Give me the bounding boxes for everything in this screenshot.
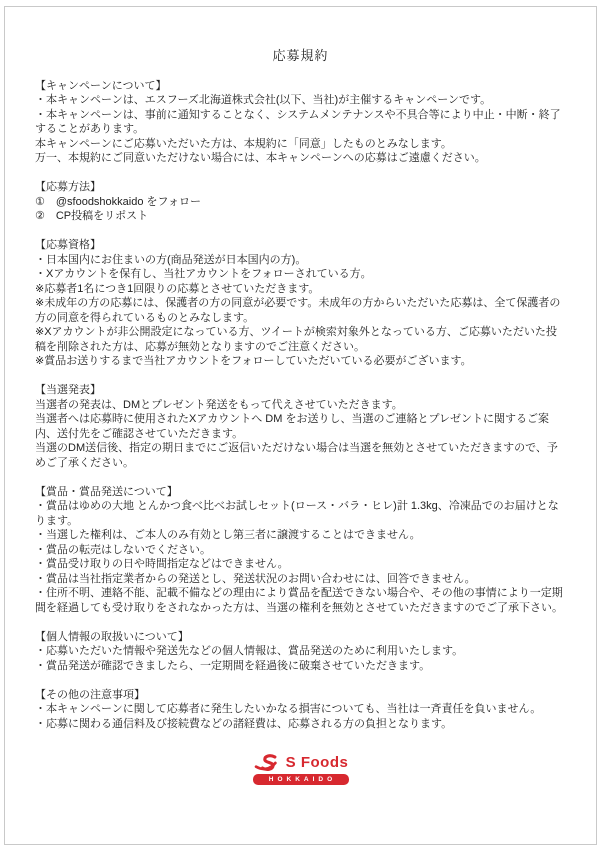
terms-line: 当選のDM送信後、指定の期日までにご返信いただけない場合は当選を無効とさせていた… <box>35 441 566 470</box>
sfoods-s-swoosh-icon <box>253 752 283 774</box>
terms-line: ② CP投稿をリポスト <box>35 209 566 224</box>
page-title: 応募規約 <box>35 47 566 64</box>
sfoods-logo: S Foods HOKKAIDO <box>35 752 566 785</box>
terms-line: ・当選した権利は、ご本人のみ有効とし第三者に譲渡することはできません。 <box>35 528 566 543</box>
terms-line: 万一、本規約にご同意いただけない場合には、本キャンペーンへの応募はご遠慮ください… <box>35 151 566 166</box>
section-heading: 【応募方法】 <box>35 180 566 195</box>
terms-line: ・賞品発送が確認できましたら、一定期間を経過後に破棄させていただきます。 <box>35 659 566 674</box>
terms-section: 【応募資格】・日本国内にお住まいの方(商品発送が日本国内の方)。・Xアカウントを… <box>35 238 566 369</box>
section-heading: 【賞品・賞品発送について】 <box>35 485 566 500</box>
terms-line: 本キャンペーンにご応募いただいた方は、本規約に「同意」したものとみなします。 <box>35 137 566 152</box>
terms-line: ・日本国内にお住まいの方(商品発送が日本国内の方)。 <box>35 253 566 268</box>
terms-line: ・賞品の転売はしないでください。 <box>35 543 566 558</box>
terms-line: ・応募に関わる通信料及び接続費などの諸経費は、応募される方の負担となります。 <box>35 717 566 732</box>
terms-line: ・賞品受け取りの日や時間指定などはできません。 <box>35 557 566 572</box>
sfoods-logo-top: S Foods <box>253 752 349 773</box>
terms-section: 【応募方法】① @sfoodshokkaido をフォロー② CP投稿をリポスト <box>35 180 566 224</box>
terms-page: 応募規約 【キャンペーンについて】・本キャンペーンは、エスフーズ北海道株式会社(… <box>0 0 601 851</box>
terms-line: ① @sfoodshokkaido をフォロー <box>35 195 566 210</box>
terms-line: ※賞品お送りするまで当社アカウントをフォローしていただいている必要がございます。 <box>35 354 566 369</box>
terms-line: 当選者へは応募時に使用されたXアカウントへ DM をお送りし、当選のご連絡とプレ… <box>35 412 566 441</box>
terms-line: ※応募者1名につき1回限りの応募とさせていただきます。 <box>35 282 566 297</box>
section-heading: 【その他の注意事項】 <box>35 688 566 703</box>
terms-line: ・賞品はゆめの大地 とんかつ食べ比べお試しセット(ロース・バラ・ヒレ)計 1.3… <box>35 499 566 528</box>
terms-line: ・Xアカウントを保有し、当社アカウントをフォローされている方。 <box>35 267 566 282</box>
terms-line: ・賞品は当社指定業者からの発送とし、発送状況のお問い合わせには、回答できません。 <box>35 572 566 587</box>
hokkaido-banner: HOKKAIDO <box>253 774 349 785</box>
terms-sections: 【キャンペーンについて】・本キャンペーンは、エスフーズ北海道株式会社(以下、当社… <box>35 79 566 732</box>
terms-line: ・本キャンペーンに関して応募者に発生したいかなる損害についても、当社は一斉責任を… <box>35 702 566 717</box>
terms-section: 【賞品・賞品発送について】・賞品はゆめの大地 とんかつ食べ比べお試しセット(ロー… <box>35 485 566 616</box>
terms-section: 【個人情報の取扱いについて】・応募いただいた情報や発送先などの個人情報は、賞品発… <box>35 630 566 674</box>
terms-line: ・応募いただいた情報や発送先などの個人情報は、賞品発送のために利用いたします。 <box>35 644 566 659</box>
terms-section: 【当選発表】当選者の発表は、DMとプレゼント発送をもって代えさせていただきます。… <box>35 383 566 470</box>
sfoods-logo-text: S Foods <box>286 754 349 772</box>
terms-line: ・住所不明、連絡不能、記載不備などの理由により賞品を配送できない場合や、その他の… <box>35 586 566 615</box>
terms-line: 当選者の発表は、DMとプレゼント発送をもって代えさせていただきます。 <box>35 398 566 413</box>
terms-line: ・本キャンペーンは、事前に通知することなく、システムメンテナンスや不具合等により… <box>35 108 566 137</box>
page-content: 応募規約 【キャンペーンについて】・本キャンペーンは、エスフーズ北海道株式会社(… <box>0 0 601 785</box>
terms-line: ※Xアカウントが非公開設定になっている方、ツイートが検索対象外となっている方、ご… <box>35 325 566 354</box>
terms-section: 【キャンペーンについて】・本キャンペーンは、エスフーズ北海道株式会社(以下、当社… <box>35 79 566 166</box>
terms-line: ※未成年の方の応募には、保護者の方の同意が必要です。未成年の方からいただいた応募… <box>35 296 566 325</box>
terms-line: ・本キャンペーンは、エスフーズ北海道株式会社(以下、当社)が主催するキャンペーン… <box>35 93 566 108</box>
section-heading: 【当選発表】 <box>35 383 566 398</box>
section-heading: 【キャンペーンについて】 <box>35 79 566 94</box>
section-heading: 【個人情報の取扱いについて】 <box>35 630 566 645</box>
terms-section: 【その他の注意事項】・本キャンペーンに関して応募者に発生したいかなる損害について… <box>35 688 566 732</box>
section-heading: 【応募資格】 <box>35 238 566 253</box>
